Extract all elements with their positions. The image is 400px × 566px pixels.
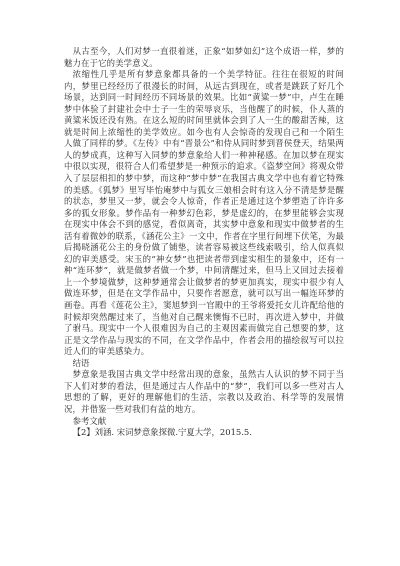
conclusion-heading: 结语 — [64, 358, 344, 370]
intro-paragraph: 从古至今，人们对梦一直很着迷，正象“如梦如幻”这个成语一样，梦的魅力在于它的美学… — [64, 46, 344, 69]
reference-item: 【2】刘涵. 宋词梦意象探微.宁夏大学，2015.5. — [64, 427, 344, 439]
references-heading: 参考文献 — [64, 416, 344, 428]
document-page: 从古至今，人们对梦一直很着迷，正象“如梦如幻”这个成语一样，梦的魅力在于它的美学… — [64, 46, 344, 439]
conclusion-paragraph: 梦意象是我国古典文学中经常出现的意象，虽然古人认识的梦不同于当下人们对梦的看法，… — [64, 369, 344, 415]
body-paragraph: 浓缩性几乎是所有梦意象都具备的一个美学特征。往往在很短的时间内，梦里已经经历了很… — [64, 69, 344, 358]
